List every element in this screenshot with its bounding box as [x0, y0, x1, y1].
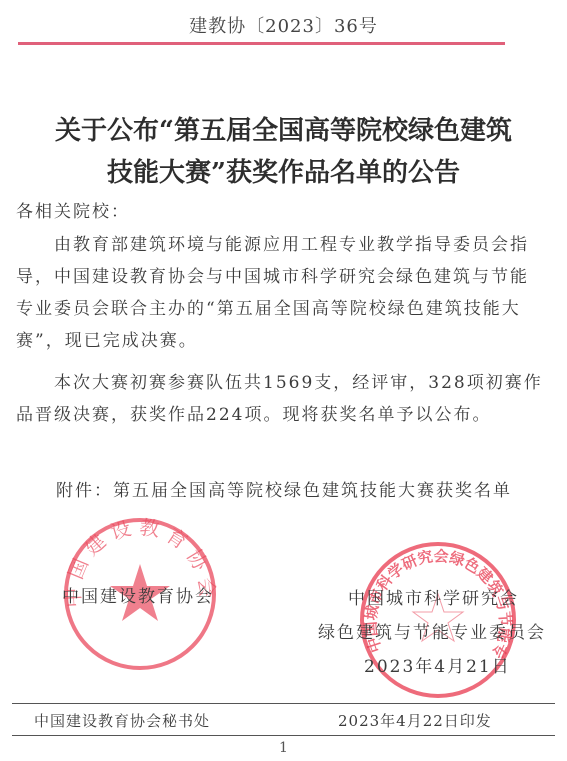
- attachment-line: 附件：第五届全国高等院校绿色建筑技能大赛获奖名单: [56, 476, 512, 501]
- paragraph-1-line-1: 由教育部建筑环境与能源应用工程专业教学指导委员会指: [16, 230, 529, 255]
- document-number: 建教协〔2023〕36号: [0, 12, 567, 38]
- paragraph-2-line-1: 本次大赛初赛参赛队伍共1569支，经评审，328项初赛作: [16, 368, 543, 393]
- document-title-line-2: 技能大赛”获奖作品名单的公告: [0, 152, 567, 189]
- paragraph-2-line-2: 品晋级决赛，获奖作品224项。现将获奖名单予以公布。: [16, 400, 491, 425]
- page-number: 1: [0, 740, 567, 756]
- paragraph-1-line-3: 专业委员会联合主办的“第五届全国高等院校绿色建筑技能大: [16, 294, 521, 319]
- paragraph-1-line-4: 赛”，现已完成决赛。: [16, 326, 198, 351]
- footer-issuer: 中国建设教育协会秘书处: [34, 710, 210, 731]
- signature-left-organization: 中国建设教育协会: [62, 582, 214, 607]
- footer-bottom-rule: [12, 735, 555, 736]
- document-title-line-1: 关于公布“第五届全国高等院校绿色建筑: [0, 110, 567, 147]
- footer-issue-date: 2023年4月22日印发: [338, 710, 492, 731]
- footer-top-rule: [12, 703, 555, 704]
- signature-right-organization-line-1: 中国城市科学研究会: [348, 584, 519, 609]
- header-red-rule: [18, 42, 505, 45]
- salutation: 各相关院校：: [16, 197, 130, 222]
- signature-date: 2023年4月21日: [364, 652, 511, 677]
- paragraph-1-line-2: 导，中国建设教育协会与中国城市科学研究会绿色建筑与节能: [16, 262, 529, 287]
- signature-right-organization-line-2: 绿色建筑与节能专业委员会: [318, 618, 546, 643]
